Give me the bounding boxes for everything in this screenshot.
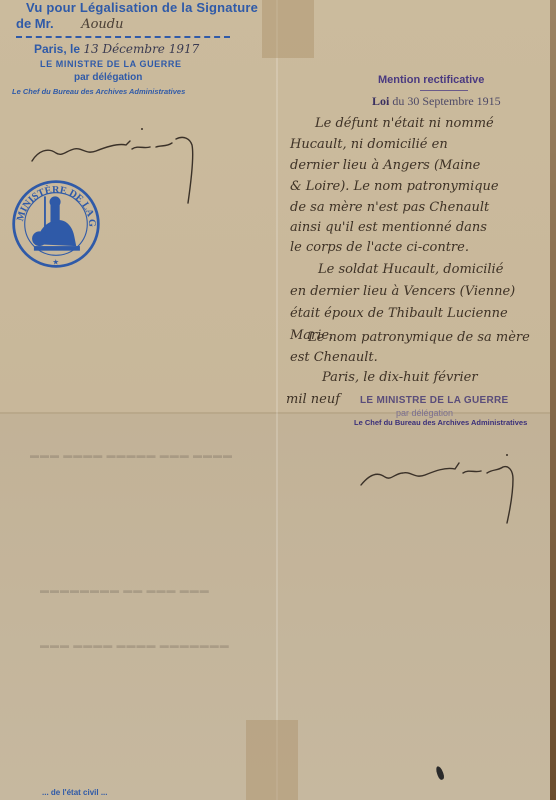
tape-strip-bottom xyxy=(246,720,298,800)
ministry-seal-icon: MINISTÈRE DE LA GUERRE ★ xyxy=(10,178,102,270)
footer-partial-text: ... de l'état civil ... xyxy=(42,788,107,797)
handwritten-line: de sa mère n'est pas Chenault xyxy=(290,200,489,215)
handwritten-line: est Chenault. xyxy=(290,350,378,365)
handwritten-line: le corps de l'acte ci-contre. xyxy=(290,240,469,255)
handwritten-line: Le nom patronymique de sa mère xyxy=(308,330,530,345)
fold-crease xyxy=(276,0,278,800)
legalisation-heading: Vu pour Légalisation de la Signature xyxy=(26,0,258,15)
handwritten-line: dernier lieu à Angers (Maine xyxy=(290,158,480,173)
handwritten-line: était époux de Thibault Lucienne xyxy=(290,306,508,321)
mention-rectificative-title: Mention rectificative xyxy=(378,74,484,86)
legalisation-minister: LE MINISTRE DE LA GUERRE xyxy=(40,59,182,69)
legalisation-signatory-name: Aoudu xyxy=(81,17,123,32)
document-paper: Vu pour Légalisation de la Signature de … xyxy=(0,0,550,800)
showthrough-text: ▬▬▬▬▬▬▬▬ ▬▬ ▬▬▬ ▬▬▬ xyxy=(40,585,210,595)
handwritten-line: ainsi qu'il est mentionné dans xyxy=(290,220,487,235)
ministry-stamp-title: LE MINISTRE DE LA GUERRE xyxy=(360,395,509,406)
legalisation-delegation: par délégation xyxy=(74,72,142,83)
handwritten-line: Le défunt n'était ni nommé xyxy=(315,116,494,131)
showthrough-text: ▬▬▬ ▬▬▬▬ ▬▬▬▬ ▬▬▬▬▬▬▬ xyxy=(40,640,230,650)
signature-bottom-right xyxy=(355,445,525,525)
handwritten-line: mil neuf xyxy=(286,392,340,407)
handwritten-line: Hucault, ni domicilié en xyxy=(290,137,448,152)
stamp-divider xyxy=(16,36,230,38)
legalisation-bureau: Le Chef du Bureau des Archives Administr… xyxy=(12,87,185,96)
law-reference: Loi du 30 Septembre 1915 xyxy=(372,94,501,109)
handwritten-line: Paris, le dix-huit février xyxy=(322,370,478,385)
table-edge xyxy=(550,0,556,800)
svg-text:★: ★ xyxy=(52,257,59,266)
ministry-stamp-delegation: par délégation xyxy=(396,408,453,418)
legalisation-date-value: 13 Décembre 1917 xyxy=(83,42,199,56)
ministry-stamp-bureau: Le Chef du Bureau des Archives Administr… xyxy=(354,418,527,427)
title-rule xyxy=(420,90,468,91)
legalisation-date-label: Paris, le xyxy=(34,42,80,56)
law-date: du 30 Septembre 1915 xyxy=(392,94,500,108)
legalisation-signatory-suffix: r. xyxy=(46,16,54,31)
legalisation-signatory: de Mr. Aoudu xyxy=(16,16,124,32)
handwritten-line: en dernier lieu à Vencers (Vienne) xyxy=(290,284,515,299)
handwritten-line: Le soldat Hucault, domicilié xyxy=(318,262,503,277)
handwritten-line: & Loire). Le nom patronymique xyxy=(290,179,499,194)
showthrough-text: ▬▬▬ ▬▬▬▬ ▬▬▬▬▬ ▬▬▬ ▬▬▬▬ xyxy=(30,450,233,460)
ink-blot xyxy=(435,765,445,780)
legalisation-signatory-label: de M xyxy=(16,16,46,31)
law-label: Loi xyxy=(372,94,389,108)
legalisation-date: Paris, le 13 Décembre 1917 xyxy=(34,42,199,56)
tape-strip-top xyxy=(262,0,314,58)
